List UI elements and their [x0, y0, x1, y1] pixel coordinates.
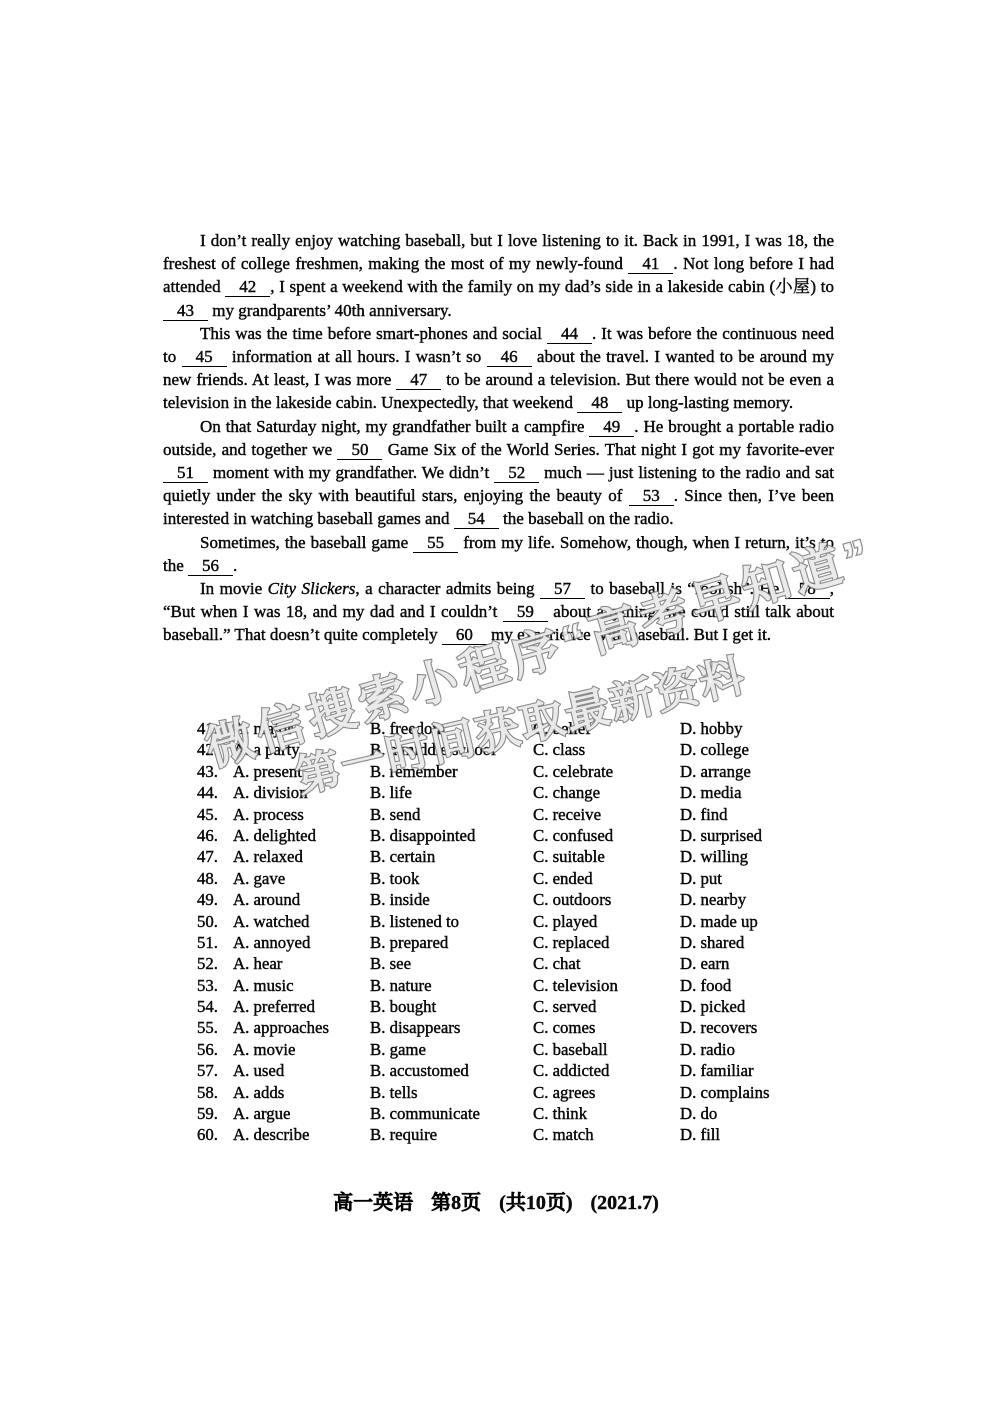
option-a: A. gave: [233, 868, 370, 889]
cloze-blank: 47: [396, 370, 441, 390]
option-b: B. disappears: [370, 1017, 533, 1038]
page-footer: 高一英语第8页(共10页)(2021.7): [0, 1186, 992, 1215]
cloze-blank: 48: [577, 393, 622, 413]
option-a: A. adds: [233, 1082, 370, 1103]
option-d: D. hobby: [680, 718, 742, 739]
option-number: 46.: [197, 825, 233, 846]
option-number: 59.: [197, 1103, 233, 1124]
option-number: 48.: [197, 868, 233, 889]
cloze-blank: 42: [225, 277, 270, 297]
cloze-blank: 55: [413, 533, 458, 553]
cloze-blank: 41: [628, 254, 673, 274]
option-c: C. receive: [533, 804, 680, 825]
option-number: 58.: [197, 1082, 233, 1103]
option-b: B. require: [370, 1124, 533, 1145]
exam-page: I don’t really enjoy watching baseball, …: [0, 0, 992, 1403]
option-row: 51.A. annoyedB. preparedC. replacedD. sh…: [197, 932, 770, 953]
option-row: 55.A. approachesB. disappearsC. comesD. …: [197, 1017, 770, 1038]
option-row: 46.A. delightedB. disappointedC. confuse…: [197, 825, 770, 846]
option-number: 50.: [197, 911, 233, 932]
option-b: B. listened to: [370, 911, 533, 932]
option-b: B. nature: [370, 975, 533, 996]
option-b: B. see: [370, 953, 533, 974]
cloze-blank: 51: [163, 463, 208, 483]
option-b: B. game: [370, 1039, 533, 1060]
cloze-blank: 54: [454, 509, 499, 529]
option-b: B. tells: [370, 1082, 533, 1103]
footer-total-pages: (共10页): [499, 1192, 572, 1214]
passage-paragraph: I don’t really enjoy watching baseball, …: [163, 229, 834, 322]
cloze-blank: 44: [547, 324, 592, 344]
options-table: 41.A. majorB. freedomC. beliefD. hobby42…: [197, 718, 770, 1146]
option-a: A. music: [233, 975, 370, 996]
option-b: B. accustomed: [370, 1060, 533, 1081]
option-a: A. used: [233, 1060, 370, 1081]
option-a: A. hear: [233, 953, 370, 974]
option-c: C. think: [533, 1103, 680, 1124]
option-c: C. confused: [533, 825, 680, 846]
option-c: C. television: [533, 975, 680, 996]
option-row: 49.A. aroundB. insideC. outdoorsD. nearb…: [197, 889, 770, 910]
option-d: D. shared: [680, 932, 744, 953]
option-a: A. watched: [233, 911, 370, 932]
option-number: 52.: [197, 953, 233, 974]
option-number: 60.: [197, 1124, 233, 1145]
option-d: D. complains: [680, 1082, 770, 1103]
cloze-blank: 56: [188, 556, 233, 576]
option-c: C. change: [533, 782, 680, 803]
option-c: C. suitable: [533, 846, 680, 867]
option-number: 55.: [197, 1017, 233, 1038]
option-d: D. made up: [680, 911, 758, 932]
option-d: D. surprised: [680, 825, 762, 846]
option-d: D. earn: [680, 953, 729, 974]
option-row: 59.A. argueB. communicateC. thinkD. do: [197, 1103, 770, 1124]
option-row: 47.A. relaxedB. certainC. suitableD. wil…: [197, 846, 770, 867]
option-row: 50.A. watchedB. listened toC. playedD. m…: [197, 911, 770, 932]
cloze-blank: 45: [182, 347, 227, 367]
option-a: A. argue: [233, 1103, 370, 1124]
cloze-blank: 46: [487, 347, 532, 367]
option-c: C. celebrate: [533, 761, 680, 782]
option-number: 45.: [197, 804, 233, 825]
option-c: C. baseball: [533, 1039, 680, 1060]
footer-course-label: 高一英语: [333, 1192, 413, 1214]
option-d: D. nearby: [680, 889, 746, 910]
movie-title-italic: City Slickers: [268, 579, 356, 598]
option-c: C. outdoors: [533, 889, 680, 910]
cloze-blank: 49: [589, 417, 634, 437]
option-c: C. comes: [533, 1017, 680, 1038]
option-c: C. ended: [533, 868, 680, 889]
option-row: 58.A. addsB. tellsC. agreesD. complains: [197, 1082, 770, 1103]
option-number: 44.: [197, 782, 233, 803]
cloze-blank: 57: [540, 579, 585, 599]
option-row: 48.A. gaveB. tookC. endedD. put: [197, 868, 770, 889]
option-c: C. chat: [533, 953, 680, 974]
option-b: B. disappointed: [370, 825, 533, 846]
option-number: 49.: [197, 889, 233, 910]
option-row: 57.A. usedB. accustomedC. addictedD. fam…: [197, 1060, 770, 1081]
option-d: D. put: [680, 868, 722, 889]
option-a: A. delighted: [233, 825, 370, 846]
option-d: D. willing: [680, 846, 748, 867]
option-number: 53.: [197, 975, 233, 996]
option-number: 56.: [197, 1039, 233, 1060]
cloze-blank: 50: [337, 440, 382, 460]
footer-page-number: 第8页: [431, 1192, 481, 1214]
option-b: B. send: [370, 804, 533, 825]
option-b: B. life: [370, 782, 533, 803]
option-d: D. media: [680, 782, 742, 803]
option-c: C. played: [533, 911, 680, 932]
option-d: D. picked: [680, 996, 745, 1017]
passage-paragraph: On that Saturday night, my grandfather b…: [163, 415, 834, 531]
option-number: 51.: [197, 932, 233, 953]
option-c: C. addicted: [533, 1060, 680, 1081]
cloze-blank: 52: [494, 463, 539, 483]
option-b: B. certain: [370, 846, 533, 867]
option-d: D. radio: [680, 1039, 735, 1060]
option-b: B. inside: [370, 889, 533, 910]
option-b: B. bought: [370, 996, 533, 1017]
option-row: 45.A. processB. sendC. receiveD. find: [197, 804, 770, 825]
option-row: 53.A. musicB. natureC. televisionD. food: [197, 975, 770, 996]
option-number: 47.: [197, 846, 233, 867]
option-d: D. college: [680, 739, 749, 760]
option-d: D. fill: [680, 1124, 720, 1145]
cloze-blank: 53: [629, 486, 674, 506]
option-row: 54.A. preferredB. boughtC. servedD. pick…: [197, 996, 770, 1017]
option-row: 52.A. hearB. seeC. chatD. earn: [197, 953, 770, 974]
passage-paragraph: This was the time before smart-phones an…: [163, 322, 834, 415]
option-a: A. around: [233, 889, 370, 910]
option-a: A. preferred: [233, 996, 370, 1017]
option-d: D. find: [680, 804, 728, 825]
option-row: 56.A. movieB. gameC. baseballD. radio: [197, 1039, 770, 1060]
option-c: C. agrees: [533, 1082, 680, 1103]
cloze-blank: 43: [163, 301, 208, 321]
footer-date: (2021.7): [591, 1192, 659, 1214]
option-b: B. communicate: [370, 1103, 533, 1124]
option-d: D. arrange: [680, 761, 751, 782]
option-d: D. do: [680, 1103, 717, 1124]
option-number: 57.: [197, 1060, 233, 1081]
option-a: A. annoyed: [233, 932, 370, 953]
option-row: 43.A. presentB. rememberC. celebrateD. a…: [197, 761, 770, 782]
option-a: A. describe: [233, 1124, 370, 1145]
option-number: 54.: [197, 996, 233, 1017]
option-d: D. familiar: [680, 1060, 754, 1081]
option-b: B. prepared: [370, 932, 533, 953]
option-a: A. process: [233, 804, 370, 825]
option-a: A. relaxed: [233, 846, 370, 867]
option-a: A. movie: [233, 1039, 370, 1060]
option-c: C. replaced: [533, 932, 680, 953]
option-a: A. approaches: [233, 1017, 370, 1038]
option-row: 60.A. describeB. requireC. matchD. fill: [197, 1124, 770, 1145]
option-d: D. recovers: [680, 1017, 757, 1038]
option-d: D. food: [680, 975, 731, 996]
option-row: 44.A. divisionB. lifeC. changeD. media: [197, 782, 770, 803]
option-b: B. took: [370, 868, 533, 889]
option-c: C. served: [533, 996, 680, 1017]
option-c: C. match: [533, 1124, 680, 1145]
